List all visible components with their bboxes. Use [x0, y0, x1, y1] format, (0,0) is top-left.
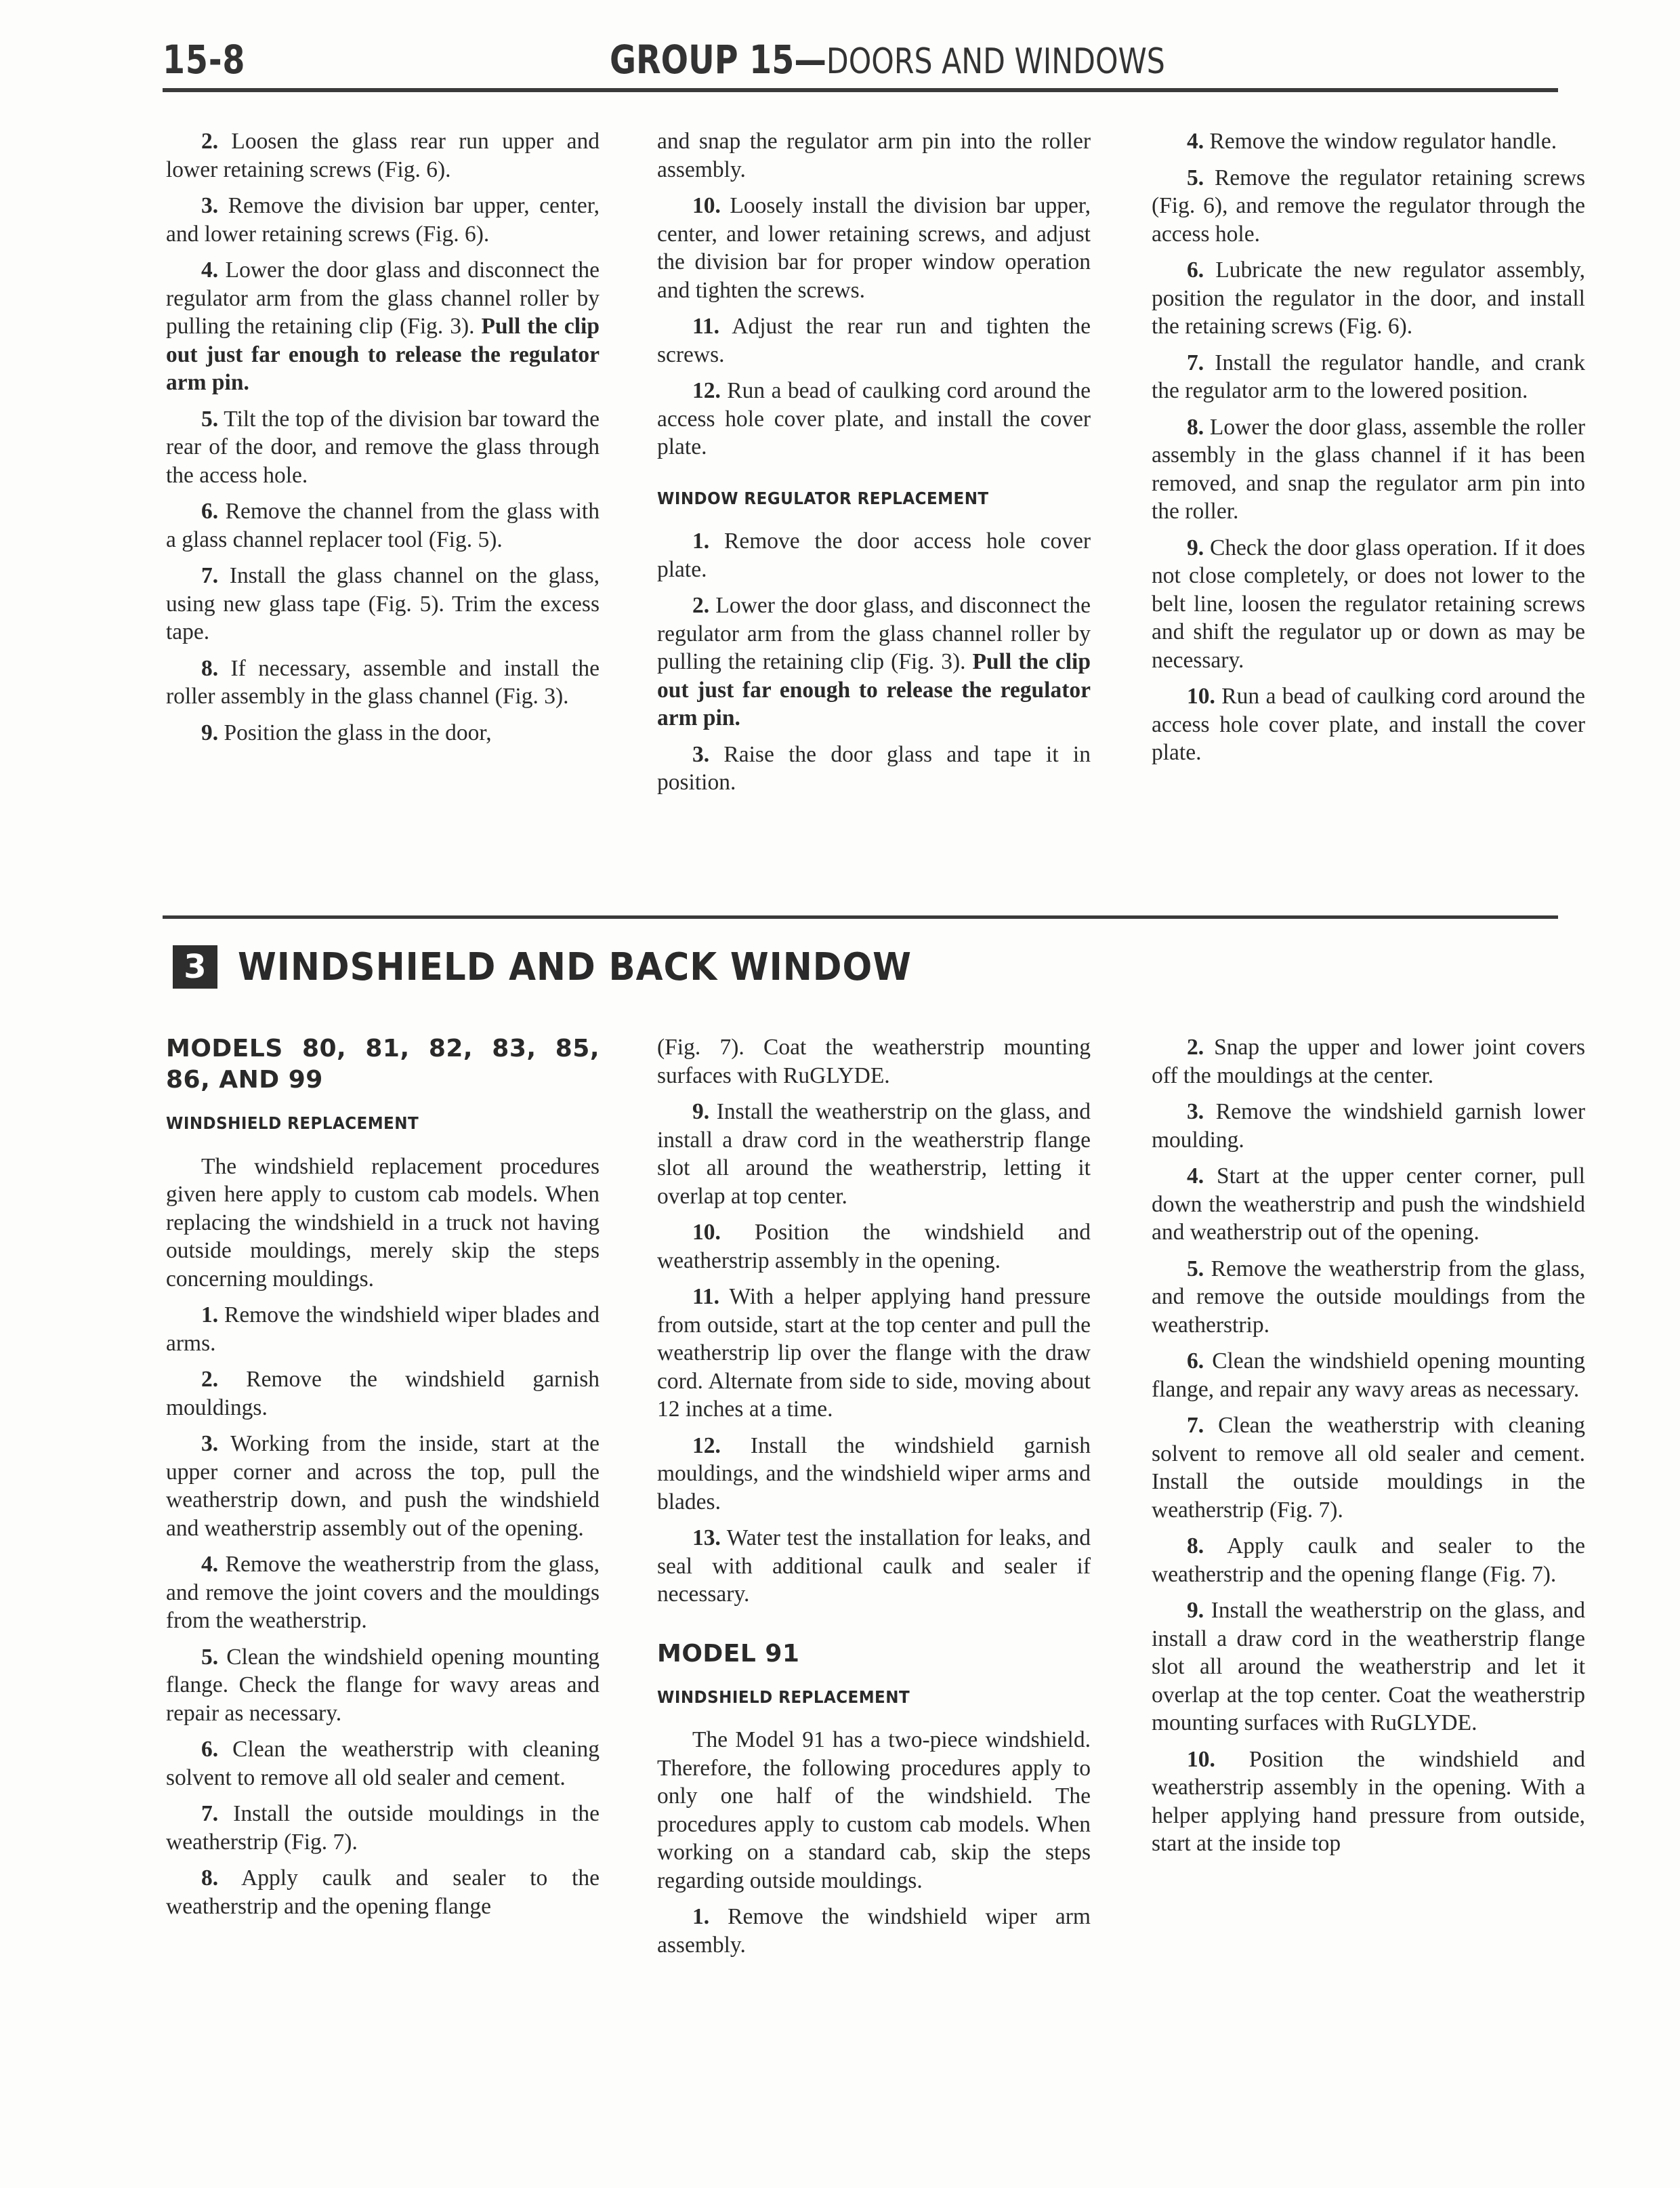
- step: 5. Remove the weatherstrip from the glas…: [1152, 1255, 1585, 1340]
- step: 10. Loosely install the division bar upp…: [657, 192, 1091, 304]
- step: 9. Install the weatherstrip on the glass…: [1152, 1596, 1585, 1737]
- section-rule: [163, 915, 1558, 919]
- step: 5. Clean the windshield opening mounting…: [166, 1643, 600, 1728]
- step: 8. Lower the door glass, assemble the ro…: [1152, 413, 1585, 526]
- page-number: 15-8: [163, 37, 245, 83]
- intro-paragraph: The Model 91 has a two-piece windshield.…: [657, 1726, 1091, 1895]
- step: 6. Clean the weatherstrip with cleaning …: [166, 1735, 600, 1792]
- step: 8. If necessary, assemble and install th…: [166, 655, 600, 711]
- step: 12. Run a bead of caulking cord around t…: [657, 377, 1091, 461]
- section-heading: 3 WINDSHIELD AND BACK WINDOW: [173, 945, 970, 989]
- header-rule: [163, 88, 1558, 92]
- step: 3. Remove the windshield garnish lower m…: [1152, 1098, 1585, 1154]
- models-heading: MODELS 80, 81, 82, 83, 85, 86, AND 99: [166, 1033, 600, 1096]
- intro-paragraph: The windshield replacement procedures gi…: [166, 1153, 600, 1294]
- section-number-badge: 3: [173, 945, 217, 989]
- step: 6. Lubricate the new regulator assembly,…: [1152, 256, 1585, 341]
- step: 12. Install the windshield garnish mould…: [657, 1432, 1091, 1516]
- step: 2. Loosen the glass rear run upper and l…: [166, 127, 600, 184]
- step: 10. Position the windshield and weathers…: [657, 1218, 1091, 1275]
- step: 4. Remove the weatherstrip from the glas…: [166, 1550, 600, 1635]
- step: 10. Position the windshield and weathers…: [1152, 1746, 1585, 1858]
- group-label: GROUP 15: [610, 37, 794, 83]
- step: 4. Lower the door glass and disconnect t…: [166, 256, 600, 397]
- continuation-text: and snap the regulator arm pin into the …: [657, 127, 1091, 184]
- bottom-column-3: 2. Snap the upper and lower joint covers…: [1152, 1033, 1585, 1866]
- title-dash: —: [794, 37, 826, 83]
- continuation-text: (Fig. 7). Coat the weatherstrip mounting…: [657, 1033, 1091, 1090]
- top-column-1: 2. Loosen the glass rear run upper and l…: [166, 127, 600, 755]
- step: 7. Install the regulator handle, and cra…: [1152, 349, 1585, 405]
- step: 3. Working from the inside, start at the…: [166, 1430, 600, 1542]
- subheading-windshield-replacement: WINDSHIELD REPLACEMENT: [657, 1683, 1056, 1712]
- subheading-window-regulator: WINDOW REGULATOR REPLACEMENT: [657, 484, 1056, 513]
- step: 2. Snap the upper and lower joint covers…: [1152, 1033, 1585, 1090]
- step: 2. Remove the windshield garnish mouldin…: [166, 1365, 600, 1422]
- step: 1. Remove the windshield wiper blades an…: [166, 1301, 600, 1357]
- step: 4. Start at the upper center corner, pul…: [1152, 1162, 1585, 1247]
- step: 4. Remove the window regulator handle.: [1152, 127, 1585, 156]
- step: 7. Install the outside mouldings in the …: [166, 1800, 600, 1856]
- step: 3. Raise the door glass and tape it in p…: [657, 741, 1091, 797]
- step: 3. Remove the division bar upper, center…: [166, 192, 600, 248]
- step: 11. Adjust the rear run and tighten the …: [657, 312, 1091, 369]
- subheading-windshield-replacement: WINDSHIELD REPLACEMENT: [166, 1109, 565, 1138]
- bottom-column-1: MODELS 80, 81, 82, 83, 85, 86, AND 99 WI…: [166, 1033, 600, 1928]
- group-title: DOORS AND WINDOWS: [826, 41, 1165, 82]
- step: 13. Water test the installation for leak…: [657, 1524, 1091, 1609]
- step: 10. Run a bead of caulking cord around t…: [1152, 682, 1585, 767]
- step: 8. Apply caulk and sealer to the weather…: [166, 1864, 600, 1920]
- step: 1. Remove the windshield wiper arm assem…: [657, 1903, 1091, 1959]
- step: 6. Remove the channel from the glass wit…: [166, 497, 600, 554]
- step: 6. Clean the windshield opening mounting…: [1152, 1347, 1585, 1403]
- step: 1. Remove the door access hole cover pla…: [657, 527, 1091, 583]
- step: 11. With a helper applying hand pressure…: [657, 1283, 1091, 1424]
- step: 9. Check the door glass operation. If it…: [1152, 534, 1585, 675]
- top-column-2: and snap the regulator arm pin into the …: [657, 127, 1091, 805]
- running-title: GROUP 15—DOORS AND WINDOWS: [610, 37, 1165, 83]
- top-column-3: 4. Remove the window regulator handle. 5…: [1152, 127, 1585, 775]
- page-header: 15-8 GROUP 15—DOORS AND WINDOWS: [163, 27, 1558, 88]
- step: 8. Apply caulk and sealer to the weather…: [1152, 1532, 1585, 1588]
- section-title-text: WINDSHIELD AND BACK WINDOW: [238, 945, 912, 989]
- step: 9. Install the weatherstrip on the glass…: [657, 1098, 1091, 1210]
- step: 7. Install the glass channel on the glas…: [166, 562, 600, 646]
- step: 5. Tilt the top of the division bar towa…: [166, 405, 600, 490]
- step: 9. Position the glass in the door,: [166, 719, 600, 747]
- model-91-heading: MODEL 91: [657, 1638, 1091, 1670]
- bottom-column-2: (Fig. 7). Coat the weatherstrip mounting…: [657, 1033, 1091, 1967]
- step: 2. Lower the door glass, and disconnect …: [657, 592, 1091, 732]
- step: 7. Clean the weatherstrip with cleaning …: [1152, 1411, 1585, 1524]
- step: 5. Remove the regulator retaining screws…: [1152, 164, 1585, 249]
